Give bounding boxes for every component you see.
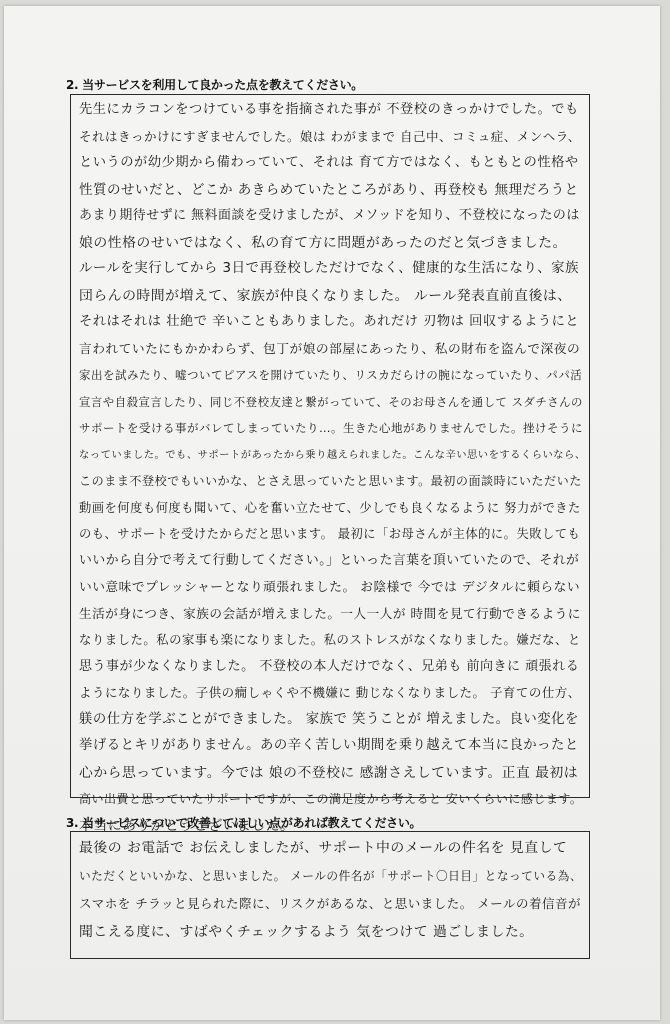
answer-line: あまり期待せずに 無料面談を受けましたが、メソッドを知り、不登校になったのは: [71, 203, 589, 230]
answer-line: というのが幼少期から備わっていて、それは 育て方ではなく、もともとの性格や: [71, 150, 589, 177]
question-3-title: 3. 当サービスについて改善してほしい点があれば教えてください。: [66, 814, 421, 831]
answer-line: いただくといいかな、と思いました。 メールの件名が「サポート〇日目」となっている…: [71, 862, 589, 890]
answer-line: 生活が身につき、家族の会話が増えました。一人一人が 時間を見て行動できるように: [71, 601, 589, 628]
answer-line: 聞こえる度に、すばやくチェックするよう 気をつけて 過ごしました。: [71, 918, 589, 946]
answer-line: 娘の性格のせいではなく、私の育て方に問題があったのだと気づきました。: [71, 230, 589, 257]
answer-line: 言われていたにもかかわらず、包丁が娘の部屋にあったり、私の財布を盗んで深夜の: [71, 336, 589, 363]
answer-line: 先生にカラコンをつけている事を指摘された事が 不登校のきっかけでした。でも: [71, 97, 589, 124]
answer-line: 性質のせいだと、どこか あきらめていたところがあり、再登校も 無理だろうと: [71, 177, 589, 204]
answer-line: 高い出費と思っていたサポートですが、この満足度から考えると 安いくらいに感じます…: [71, 786, 589, 813]
answer-line: 最後の お電話で お伝えしましたが、サポート中のメールの件名を 見直して: [71, 834, 589, 862]
answer-line: なっていました。でも、サポートがあったから乗り越えられました。こんな辛い思いをす…: [71, 442, 589, 469]
answer-line: 宣言や自殺宣言したり、同じ不登校友達と繋がっていて、そのお母さんを通して スダチ…: [71, 389, 589, 416]
answer-line: 躾の仕方を学ぶことができました。 家族で 笑うことが 増えました。良い変化を: [71, 707, 589, 734]
answer-line: それはきっかけにすぎませんでした。娘は わがままで 自己中、コミュ症、メンヘラ、: [71, 124, 589, 151]
answer-line: このまま不登校でもいいかな、とさえ思っていたと思います。最初の面談時にいただいた: [71, 468, 589, 495]
answer-line: 心から思っています。今では 娘の不登校に 感謝さえしています。正直 最初は: [71, 760, 589, 787]
survey-paper: 2. 当サービスを利用して良かった点を教えてください。 先生にカラコンをつけてい…: [4, 6, 660, 1020]
answer-line: ようになりました。子供の癇しゃくや不機嫌に 動じなくなりました。 子育ての仕方、: [71, 680, 589, 707]
answer-line: スマホを チラッと見られた際に、リスクがあるな、と思いました。 メールの着信音が: [71, 890, 589, 918]
answer-line: 団らんの時間が増えて、家族が仲良くなりました。 ルール発表直前直後は、: [71, 283, 589, 310]
answer-line: 動画を何度も何度も聞いて、心を奮い立たせて、少しでも良くなるように 努力ができた: [71, 495, 589, 522]
answer-line: のも、サポートを受けたからだと思います。 最初に「お母さんが主体的に。失敗しても: [71, 521, 589, 548]
answer-line: サポートを受ける事がバレてしまっていたり…。生きた心地がありませんでした。挫けそ…: [71, 415, 589, 442]
answer-line: それはそれは 壮絶で 辛いこともありました。あれだけ 刃物は 回収するようにと: [71, 309, 589, 336]
answer-line: なりました。私の家事も楽になりました。私のストレスがなくなりました。嫌だな、と: [71, 627, 589, 654]
answer-line: いいから自分で考えて行動してください。」といった言葉を頂いていたので、それが: [71, 548, 589, 575]
question-2-title: 2. 当サービスを利用して良かった点を教えてください。: [66, 76, 363, 93]
question-2-answer-box: 先生にカラコンをつけている事を指摘された事が 不登校のきっかけでした。でも それ…: [70, 94, 590, 798]
question-3-answer-box: 最後の お電話で お伝えしましたが、サポート中のメールの件名を 見直して いただ…: [70, 831, 590, 959]
answer-line: 挙げるとキリがありません。あの辛く苦しい期間を乗り越えて本当に良かったと: [71, 733, 589, 760]
answer-line: 思う事が少なくなりました。 不登校の本人だけでなく、兄弟も 前向きに 頑張れる: [71, 654, 589, 681]
answer-line: ルールを実行してから 3日で再登校しただけでなく、健康的な生活になり、家族: [71, 256, 589, 283]
answer-line: 家出を試みたり、嘘ついてピアスを開けていたり、リスカだらけの腕になっていたり、パ…: [71, 362, 589, 389]
answer-line: いい意味でプレッシャーとなり頑張れました。 お陰様で 今では デジタルに頼らない: [71, 574, 589, 601]
